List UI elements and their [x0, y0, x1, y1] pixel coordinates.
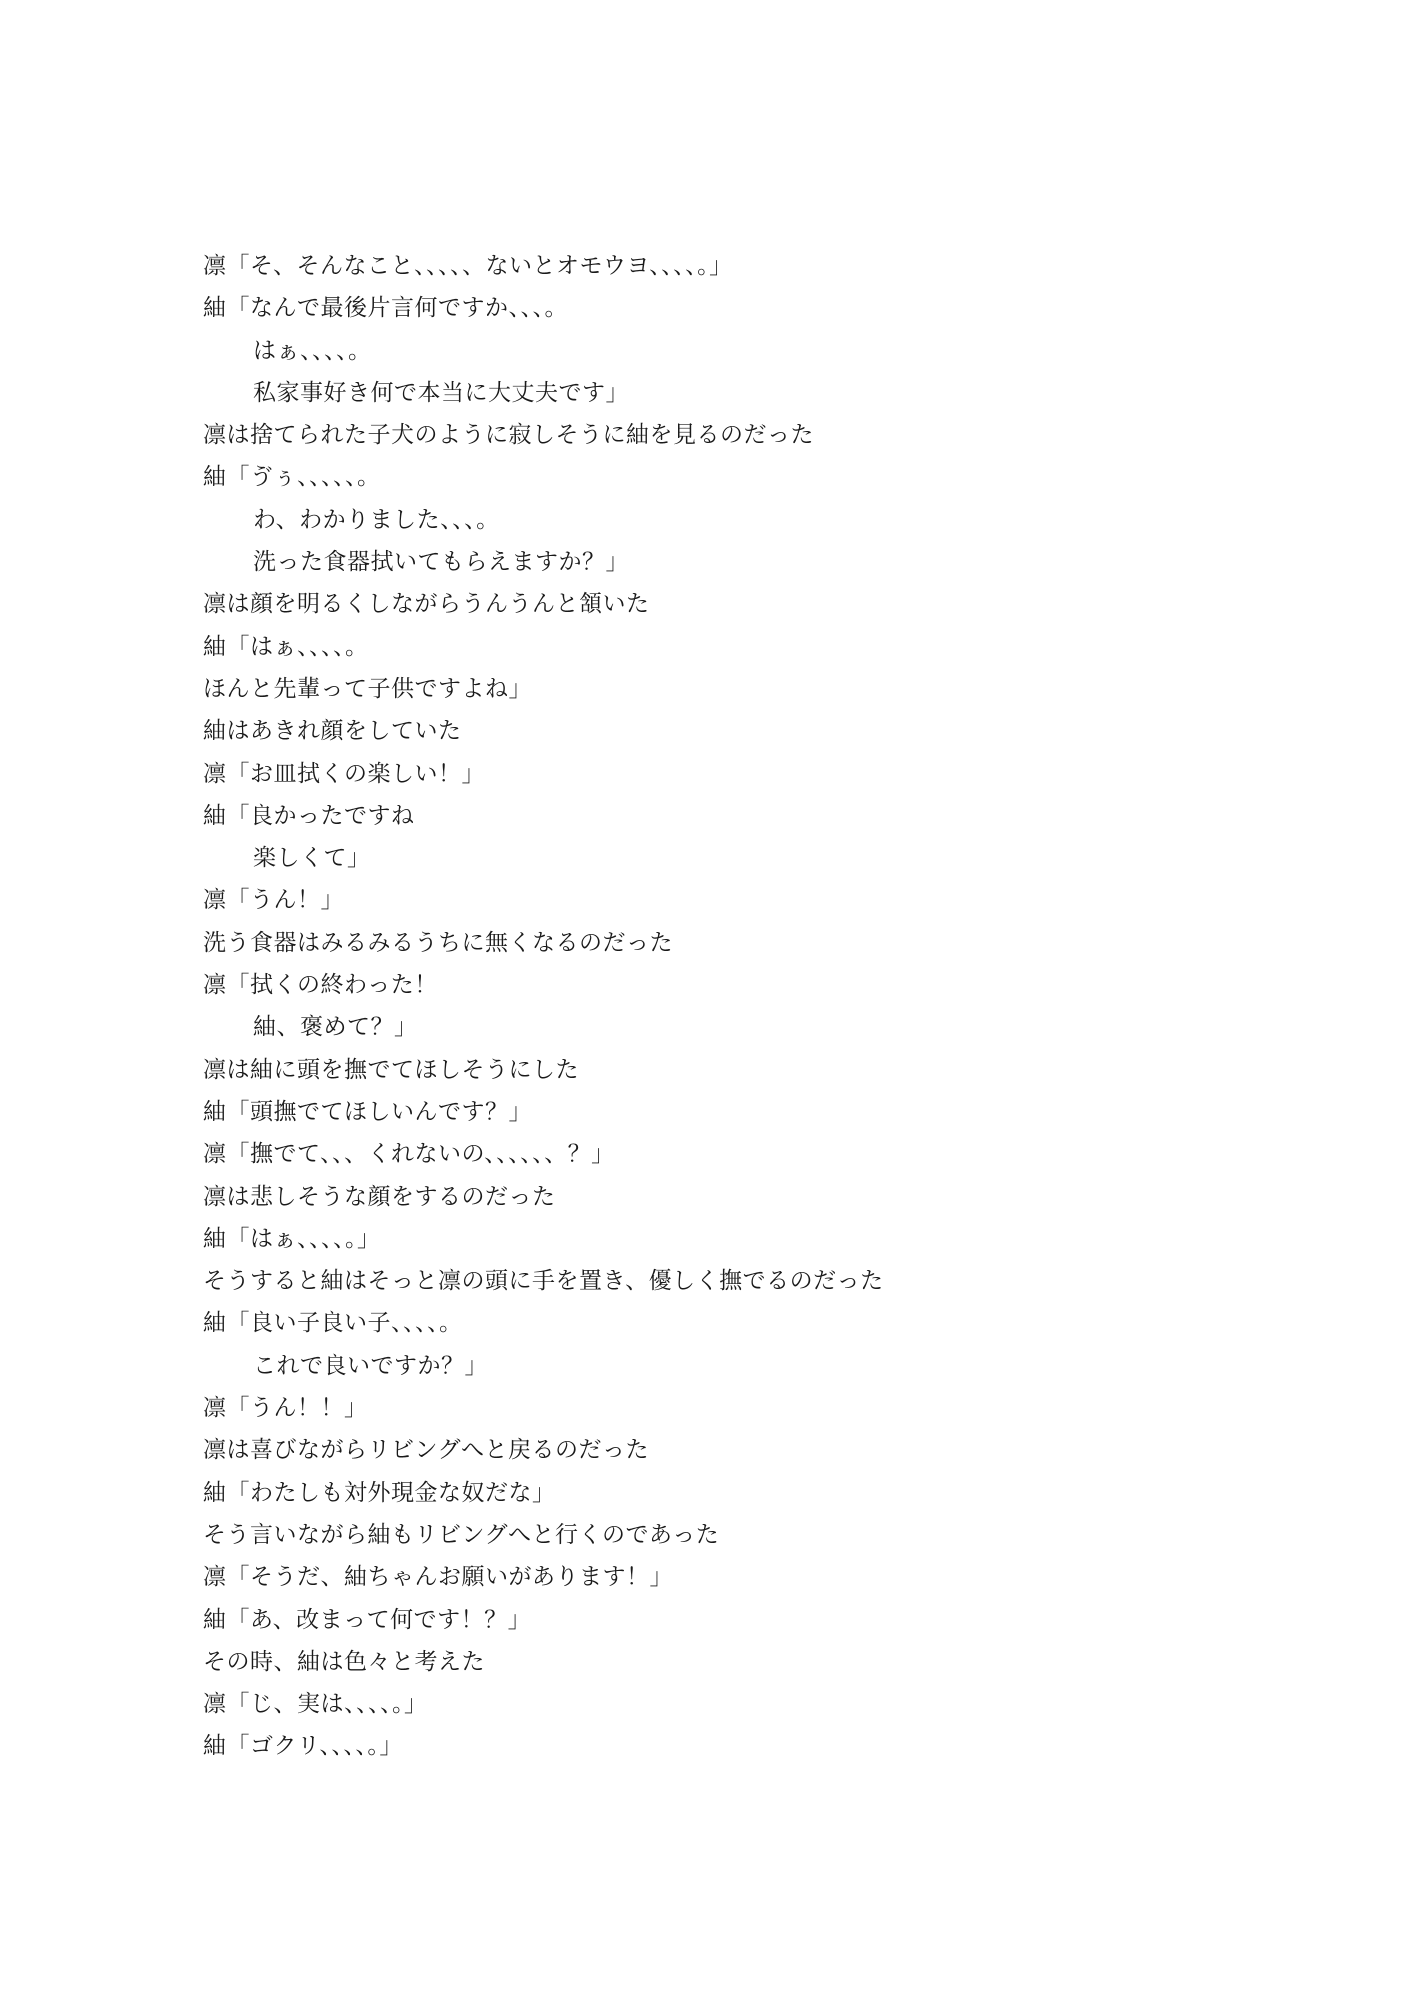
text-line: 凛は顔を明るくしながらうんうんと頷いた [203, 583, 1213, 625]
text-line: 洗う食器はみるみるうちに無くなるのだった [203, 922, 1213, 964]
text-line: 凛「拭くの終わった！ [203, 964, 1213, 1006]
text-line: 凛は喜びながらリビングへと戻るのだった [203, 1429, 1213, 1471]
text-line: 紬「わたしも対外現金な奴だな」 [203, 1472, 1213, 1514]
text-line: 凛は紬に頭を撫でてほしそうにした [203, 1049, 1213, 1091]
text-line: 凛「そ、そんなこと、、、、、ないとオモウヨ、、、、。」 [203, 245, 1213, 287]
document-page: 凛「そ、そんなこと、、、、、ないとオモウヨ、、、、。」 紬「なんで最後片言何です… [0, 0, 1414, 2000]
text-line: 凛「うん！」 [203, 879, 1213, 921]
text-line: 紬「あ、改まって何です！？」 [203, 1599, 1213, 1641]
text-line: 紬「頭撫でてほしいんです？」 [203, 1091, 1213, 1133]
text-line: 紬「なんで最後片言何ですか、、、。 [203, 287, 1213, 329]
text-line: 凛「そうだ、紬ちゃんお願いがあります！」 [203, 1556, 1213, 1598]
text-line: はぁ、、、、。 [203, 330, 1213, 372]
text-line: 凛「お皿拭くの楽しい！」 [203, 753, 1213, 795]
text-line: ほんと先輩って子供ですよね」 [203, 668, 1213, 710]
text-line: 凛「撫でて、、、くれないの、、、、、、？」 [203, 1133, 1213, 1175]
text-line: 凛「うん！！」 [203, 1387, 1213, 1429]
text-line: 紬「良かったですね [203, 795, 1213, 837]
story-text: 凛「そ、そんなこと、、、、、ないとオモウヨ、、、、。」 紬「なんで最後片言何です… [203, 245, 1213, 1768]
text-line: 紬「良い子良い子、、、、。 [203, 1302, 1213, 1344]
text-line: 洗った食器拭いてもらえますか？」 [203, 541, 1213, 583]
text-line: 凛は悲しそうな顔をするのだった [203, 1176, 1213, 1218]
text-line: そうすると紬はそっと凛の頭に手を置き、優しく撫でるのだった [203, 1260, 1213, 1302]
text-line: 紬「はぁ、、、、。 [203, 626, 1213, 668]
text-line: その時、紬は色々と考えた [203, 1641, 1213, 1683]
text-line: 紬、褒めて？」 [203, 1006, 1213, 1048]
text-line: 凛は捨てられた子犬のように寂しそうに紬を見るのだった [203, 414, 1213, 456]
text-line: 私家事好き何で本当に大丈夫です」 [203, 372, 1213, 414]
text-line: 紬「ゴクリ、、、、。」 [203, 1725, 1213, 1767]
text-line: 凛「じ、実は、、、、。」 [203, 1683, 1213, 1725]
text-line: そう言いながら紬もリビングへと行くのであった [203, 1514, 1213, 1556]
text-line: 楽しくて」 [203, 837, 1213, 879]
text-line: 紬「ゔぅ、、、、、。 [203, 456, 1213, 498]
text-line: 紬「はぁ、、、、。」 [203, 1218, 1213, 1260]
text-line: わ、わかりました、、、。 [203, 499, 1213, 541]
text-line: 紬はあきれ顔をしていた [203, 710, 1213, 752]
text-line: これで良いですか？」 [203, 1345, 1213, 1387]
